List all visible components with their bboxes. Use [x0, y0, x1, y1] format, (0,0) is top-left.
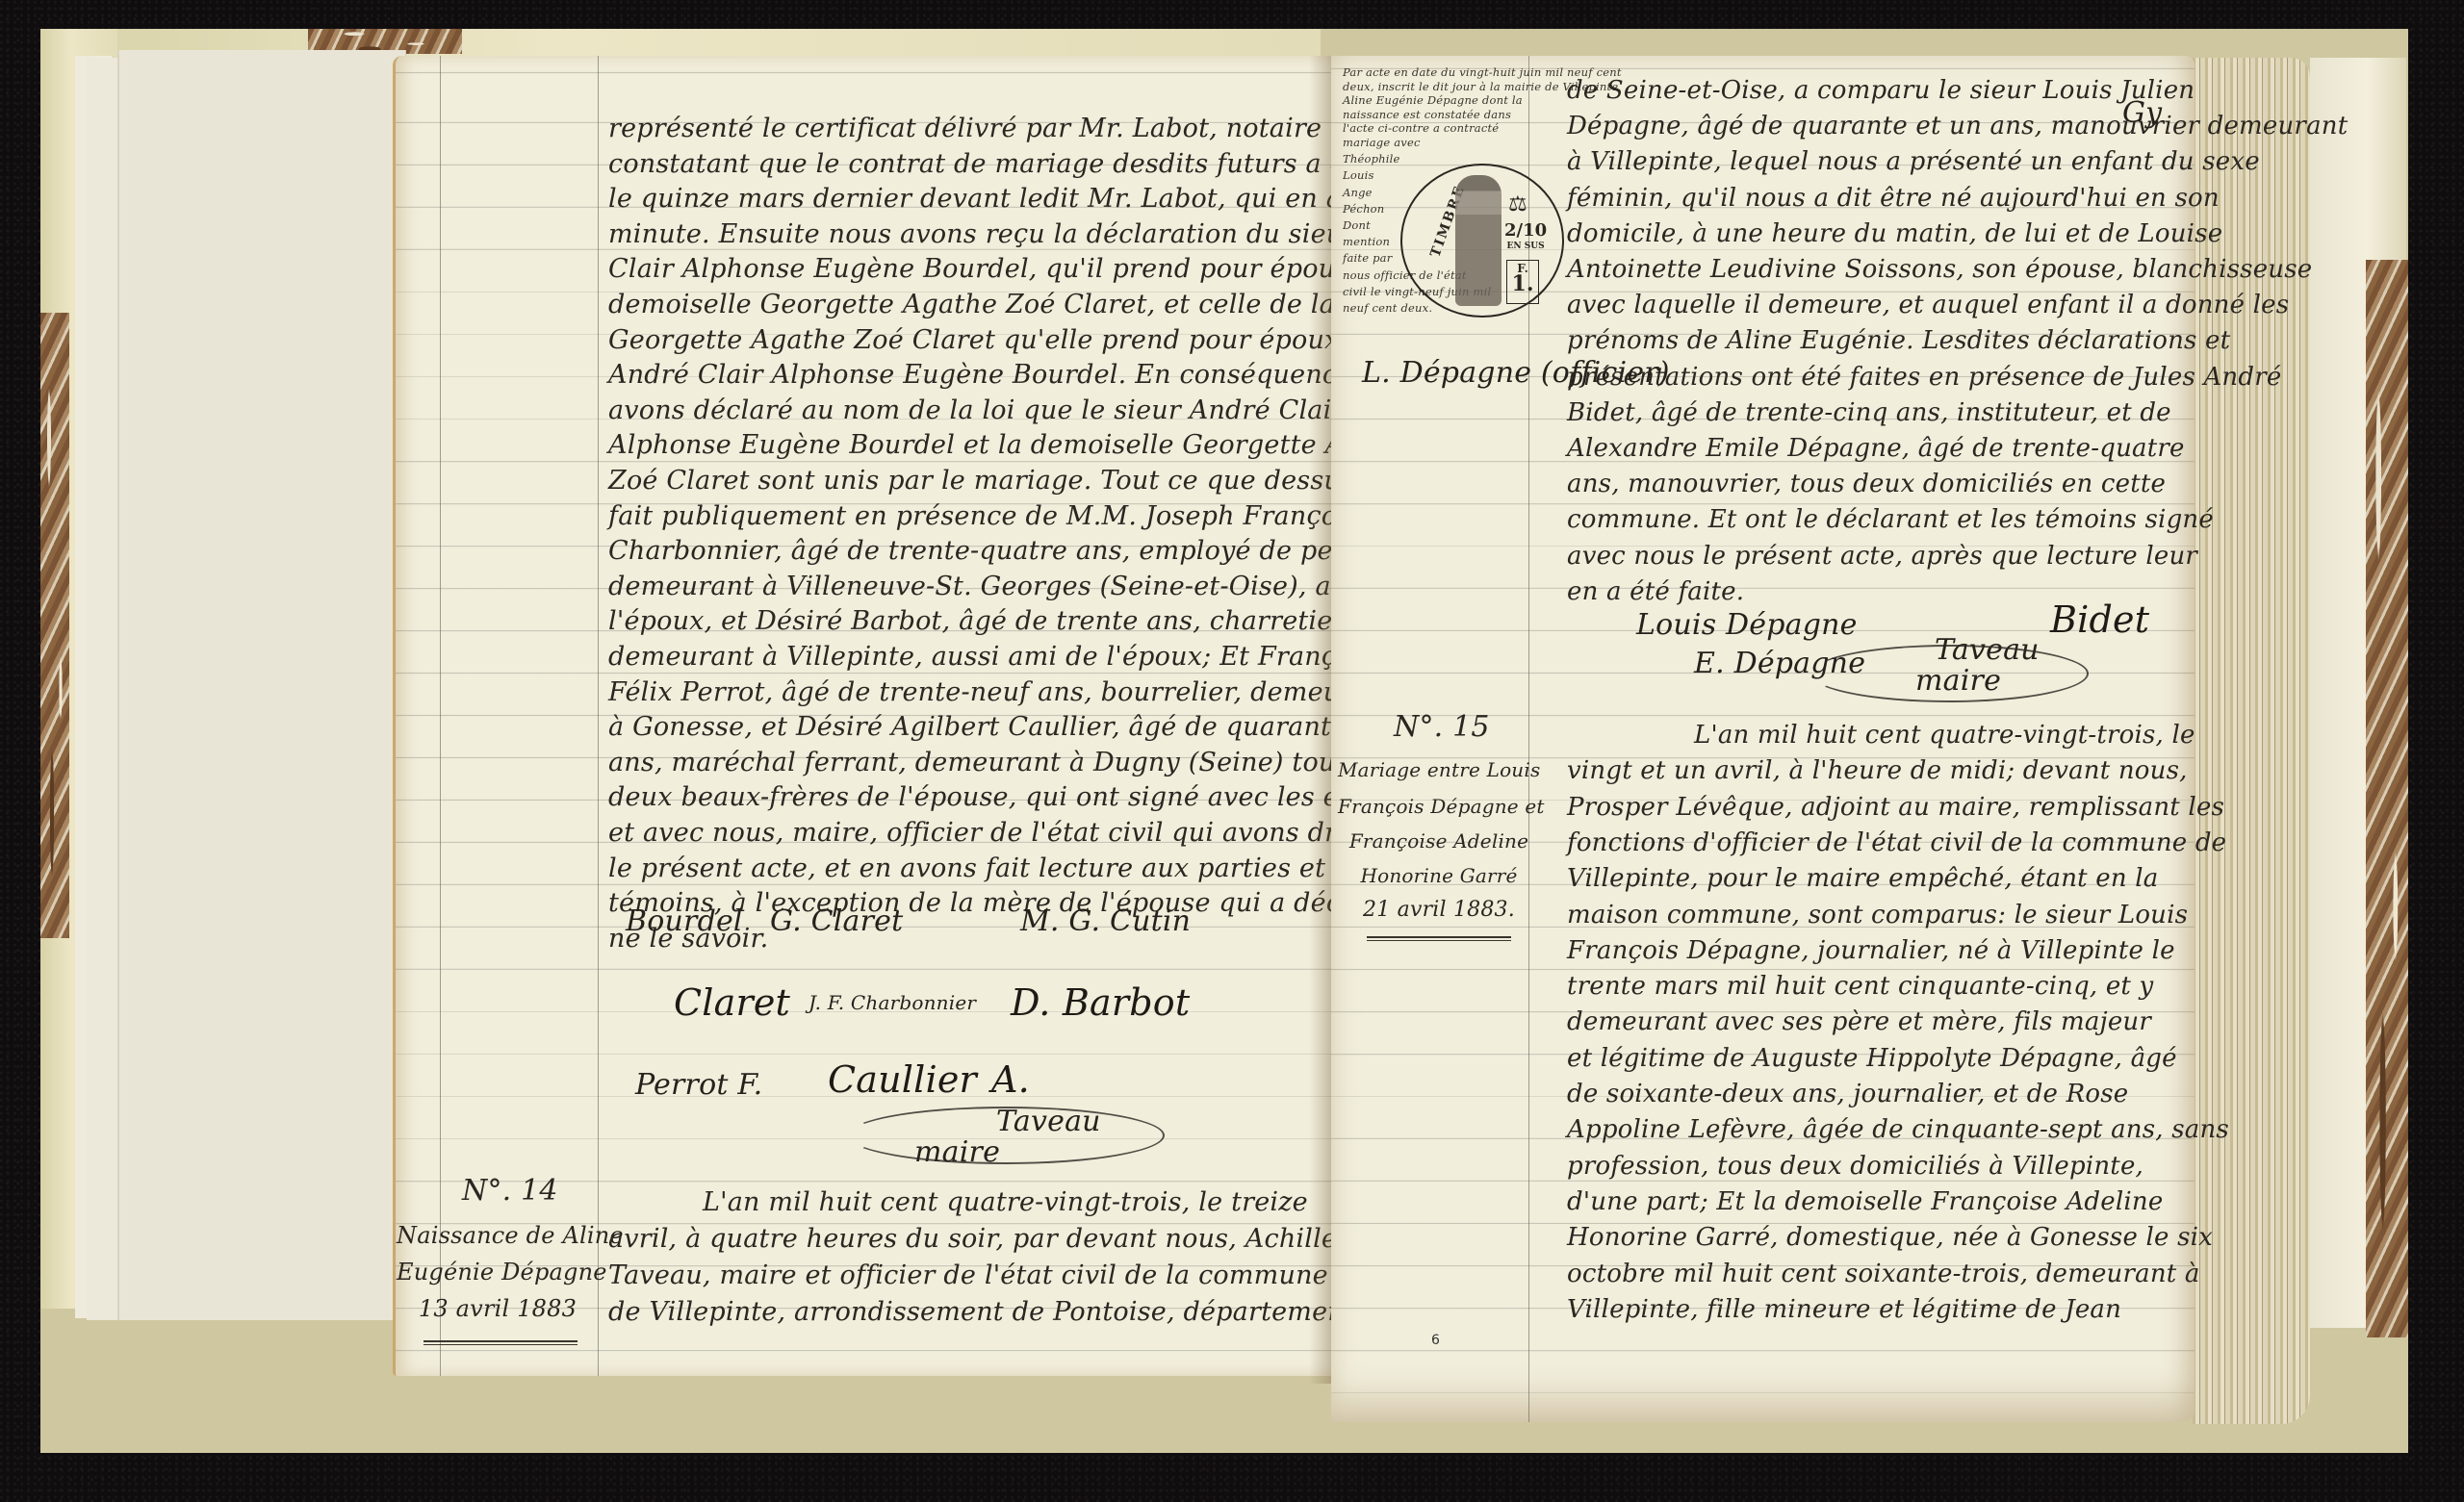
justice-figure-icon [1455, 175, 1501, 306]
margin-note-line: faite par [1343, 251, 1392, 265]
marbled-paper-left [40, 313, 69, 938]
margin-note-line: Péchon [1343, 202, 1384, 216]
scales-of-justice-icon: ⚖ [1508, 192, 1527, 216]
margin-note-line: Ange [1343, 186, 1373, 199]
signature: D. Barbot [1011, 981, 1190, 1024]
entry-text-line: Villepinte, fille mineure et légitime de… [1567, 1288, 2121, 1331]
signature-flourish [847, 1107, 1165, 1164]
margin-rule [598, 56, 599, 1376]
marbled-paper-right [2366, 260, 2408, 1337]
margin-rule [440, 56, 441, 1376]
margin-note-line: Aline Eugénie Dépagne dont la [1343, 93, 1523, 107]
entry-text-line: de Villepinte, arrondissement de Pontois… [608, 1291, 1355, 1334]
signature: Bidet [2050, 598, 2149, 641]
margin-note-line: Dont [1343, 218, 1371, 232]
entry-margin-date: 13 avril 1883 [397, 1287, 599, 1330]
signature: Perrot F. [635, 1068, 762, 1102]
margin-note-line: l'acte ci-contre a contracté [1343, 121, 1499, 135]
entry-separator [1367, 936, 1511, 941]
signature-flourish [1809, 645, 2089, 702]
margin-note-line: mention [1343, 235, 1390, 248]
stamp-amount-box: F. 1. [1506, 260, 1539, 304]
signature: A. [991, 1058, 1030, 1101]
margin-note-line: neuf cent deux. [1343, 301, 1432, 315]
signature: Caullier [828, 1058, 977, 1101]
margin-note-line: Théophile [1343, 152, 1400, 165]
stamp-value: 2/10 EN SUS [1504, 223, 1547, 254]
signature: Bourdel [626, 904, 743, 938]
entry-number: N°. 14 [462, 1174, 558, 1208]
initial-mark: Gy [2122, 96, 2162, 130]
entry-separator [423, 1340, 577, 1345]
signature: G. Claret [770, 904, 903, 938]
margin-note-line: naissance est constatée dans [1343, 108, 1511, 121]
signature: Louis Dépagne [1636, 608, 1858, 642]
signature: Claret [674, 981, 790, 1024]
timbre-tax-stamp: TIMBRE ⚖ 2/10 EN SUS F. 1. [1400, 164, 1564, 318]
margin-note-line: Louis [1343, 168, 1374, 182]
signature: M. G. Cutin [1020, 904, 1191, 938]
text-line: en a été faite. [1567, 571, 1744, 613]
blank-flyleaf [117, 50, 406, 1320]
entry-number: N°. 15 [1394, 710, 1490, 744]
entry-margin-date: 21 avril 1883. [1338, 889, 1540, 931]
signature: J. F. Charbonnier [808, 991, 976, 1014]
page-number: 6 [1431, 1333, 1440, 1348]
margin-note-line: mariage avec [1343, 136, 1421, 149]
